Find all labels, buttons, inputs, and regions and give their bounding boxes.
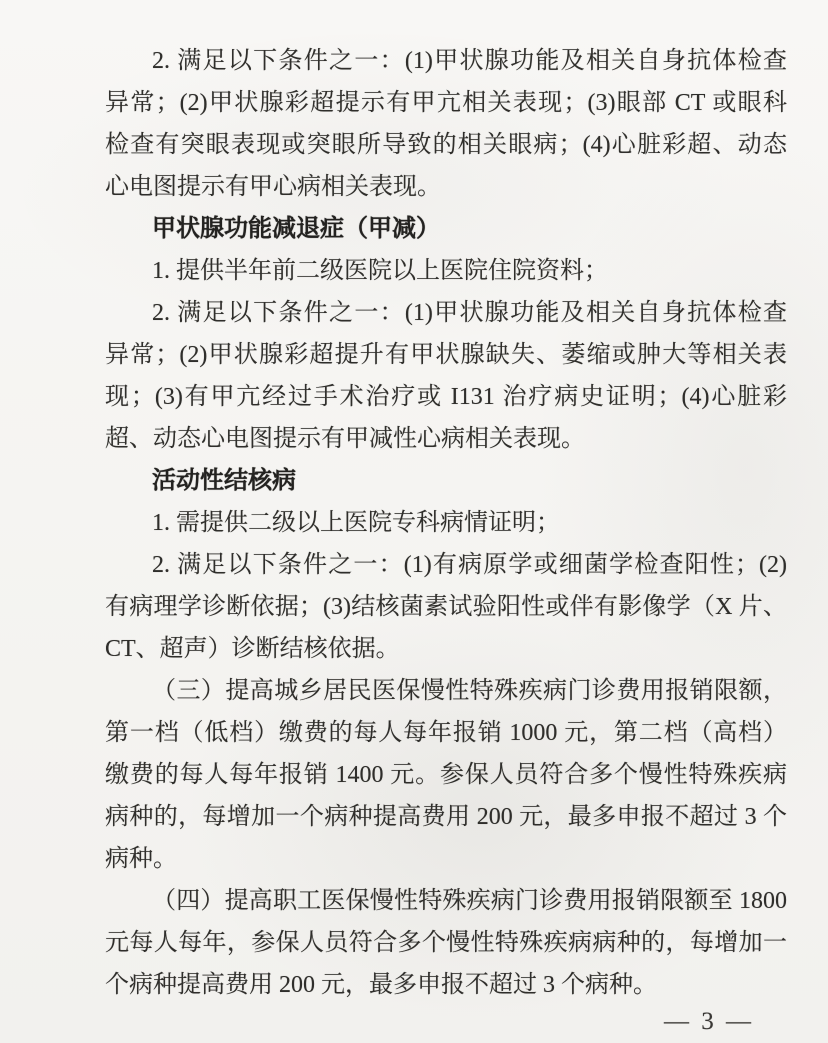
text-line: 有病理学诊断依据；(3)结核菌素试验阳性或伴有影像学（X 片、: [105, 586, 787, 628]
text-line: 心电图提示有甲心病相关表现。: [105, 166, 787, 208]
text-line: 1. 提供半年前二级医院以上医院住院资料；: [105, 250, 787, 292]
text-line: CT、超声）诊断结核依据。: [105, 628, 787, 670]
text-line: 个病种提高费用 200 元，最多申报不超过 3 个病种。: [105, 964, 787, 1006]
text-line: 2. 满足以下条件之一：(1)甲状腺功能及相关自身抗体检查: [105, 40, 787, 82]
text-line: 缴费的每人每年报销 1400 元。参保人员符合多个慢性特殊疾病: [105, 754, 787, 796]
text-line: （四）提高职工医保慢性特殊疾病门诊费用报销限额至 1800: [105, 880, 787, 922]
text-line: 病种。: [105, 838, 787, 880]
text-line: 元每人每年，参保人员符合多个慢性特殊疾病病种的，每增加一: [105, 922, 787, 964]
text-line: 1. 需提供二级以上医院专科病情证明；: [105, 502, 787, 544]
text-line: 病种的，每增加一个病种提高费用 200 元，最多申报不超过 3 个: [105, 796, 787, 838]
text-line: 检查有突眼表现或突眼所导致的相关眼病；(4)心脏彩超、动态: [105, 124, 787, 166]
document-page: 2. 满足以下条件之一：(1)甲状腺功能及相关自身抗体检查 异常；(2)甲状腺彩…: [0, 0, 828, 1043]
text-line: 第一档（低档）缴费的每人每年报销 1000 元，第二档（高档）: [105, 712, 787, 754]
text-line: 2. 满足以下条件之一：(1)甲状腺功能及相关自身抗体检查: [105, 292, 787, 334]
text-line: 异常；(2)甲状腺彩超提示有甲亢相关表现；(3)眼部 CT 或眼科: [105, 82, 787, 124]
heading-active-tuberculosis: 活动性结核病: [105, 460, 787, 502]
text-line: 超、动态心电图提示有甲减性心病相关表现。: [105, 418, 787, 460]
text-line: （三）提高城乡居民医保慢性特殊疾病门诊费用报销限额，: [105, 670, 787, 712]
text-line: 2. 满足以下条件之一：(1)有病原学或细菌学检查阳性；(2): [105, 544, 787, 586]
text-line: 现；(3)有甲亢经过手术治疗或 I131 治疗病史证明；(4)心脏彩: [105, 376, 787, 418]
heading-hypothyroidism: 甲状腺功能减退症（甲减）: [105, 208, 787, 250]
page-number: — 3 —: [664, 1004, 754, 1040]
text-line: 异常；(2)甲状腺彩超提升有甲状腺缺失、萎缩或肿大等相关表: [105, 334, 787, 376]
